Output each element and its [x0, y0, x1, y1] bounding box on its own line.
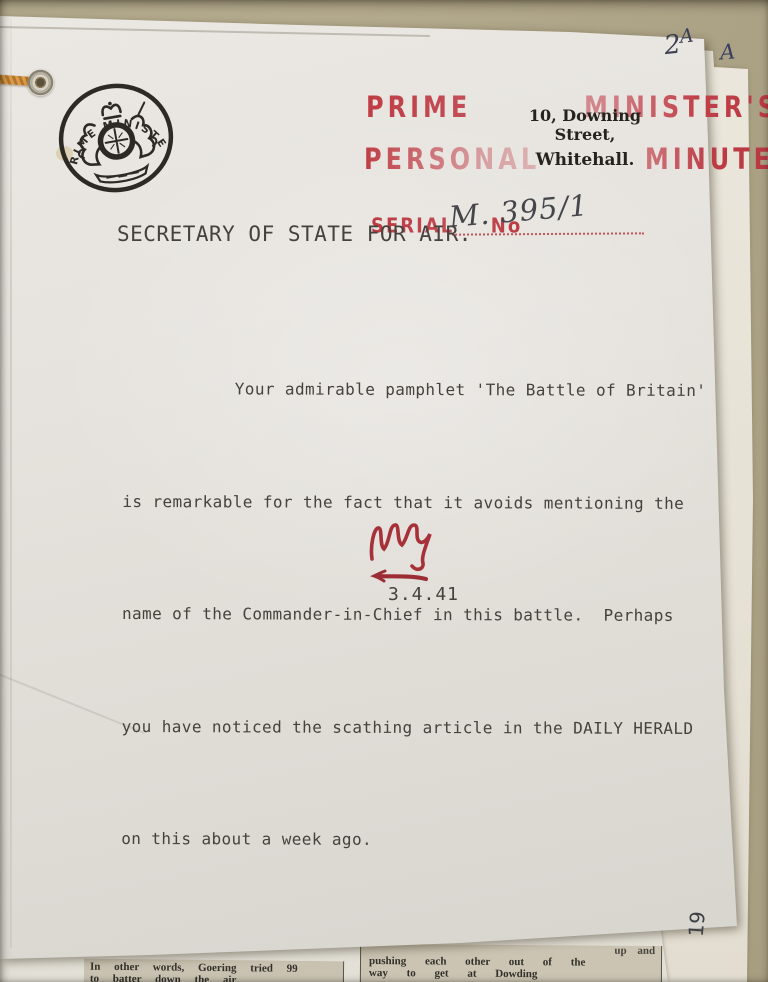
letterhead: 10, Downing Street, Whitehall.: [500, 106, 670, 170]
folio-2-sup: A: [679, 25, 695, 48]
folio-annotation-19: 19: [684, 910, 710, 937]
crown-icon: [101, 104, 121, 119]
letterhead-city: Whitehall.: [500, 150, 670, 170]
crown-orb-icon: [108, 101, 112, 105]
minute-body: Your admirable pamphlet 'The Battle of B…: [121, 295, 707, 935]
royal-crest-stamp: PRIME MINISTER: [47, 70, 185, 205]
churchill-initials-signature: [362, 513, 454, 587]
letterhead-address: 10, Downing Street,: [500, 106, 670, 144]
body-line: you have noticed the scathing article in…: [122, 707, 706, 747]
initials-stroke: [371, 525, 430, 569]
underline-stroke: [377, 576, 426, 579]
body-line: on this about a week ago.: [121, 820, 705, 860]
minute-date: 3.4.41: [388, 584, 459, 605]
unicorn-horn-icon: [136, 103, 146, 115]
body-line: Your admirable pamphlet 'The Battle of B…: [123, 370, 707, 410]
photographed-document: In other words, Goering tried 99 to batt…: [0, 0, 768, 982]
recipient-line: SECRETARY OF STATE FOR AIR.: [117, 222, 472, 246]
folio-annotation-a: A: [719, 40, 736, 65]
folio-annotation-2a: 2A: [662, 25, 696, 62]
paper-crease: [10, 18, 12, 948]
